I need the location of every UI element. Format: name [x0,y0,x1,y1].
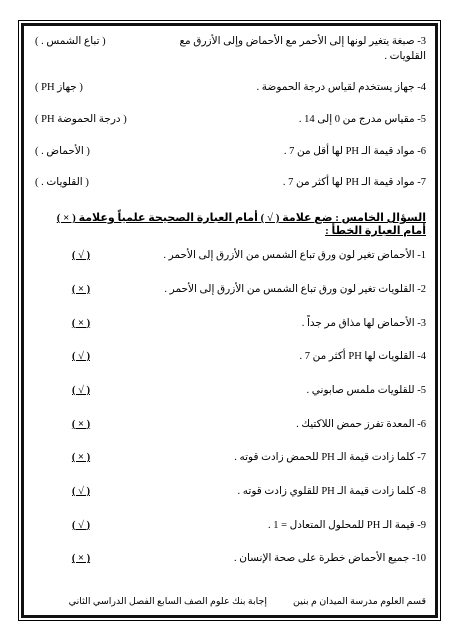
tf-item: 5- للقلويات ملمس صابوني . ( √ ) [33,384,426,399]
tf-statement: 3- الأحماض لها مذاق مر جداً . [129,317,426,332]
matching-item: 7- مواد قيمة الـ PH لها أكثر من 7 . ( ال… [33,176,426,191]
tf-mark: ( √ ) [33,519,129,534]
tf-mark: ( × ) [33,317,129,332]
footer-line: قسم العلوم مدرسة الميدان م بنين إجابة بن… [33,596,426,609]
matching-answer: ( درجة الحموضة PH ) [33,113,151,128]
tf-statement: 6- المعدة تفرز حمض اللاكتيك . [129,418,426,433]
tf-statement: 4- القلويات لها PH أكثر من 7 . [129,350,426,365]
tf-statement: 9- قيمة الـ PH للمحلول المتعادل = 1 . [129,519,426,534]
matching-item: 5- مقياس مدرج من 0 إلى 14 . ( درجة الحمو… [33,113,426,128]
tf-mark: ( √ ) [33,350,129,365]
matching-statement: 5- مقياس مدرج من 0 إلى 14 . [151,113,426,128]
tf-statement: 1- الأحماض تغير لون ورق تباع الشمس من ال… [129,249,426,264]
tf-statement: 7- كلما زادت قيمة الـ PH للحمض زادت قوته… [129,451,426,466]
tf-statement: 2- القلويات تغير لون ورق تباع الشمس من ا… [129,283,426,298]
matching-statement: 7- مواد قيمة الـ PH لها أكثر من 7 . [151,176,426,191]
tf-item: 7- كلما زادت قيمة الـ PH للحمض زادت قوته… [33,451,426,466]
matching-answer: ( جهاز PH ) [33,81,151,96]
footer-doc-title: إجابة بنك علوم الصف السابع الفصل الدراسي… [69,596,267,607]
tf-mark: ( √ ) [33,249,129,264]
tf-mark: ( √ ) [33,384,129,399]
matching-item: 4- جهاز يستخدم لقياس درجة الحموضة . ( جه… [33,81,426,96]
tf-item: 8- كلما زادت قيمة الـ PH للقلوي زادت قوت… [33,485,426,500]
page-border-outer: 3- صبغة يتغير لونها إلى الأحمر مع الأحما… [18,20,441,621]
matching-item: 6- مواد قيمة الـ PH لها أقل من 7 . ( الأ… [33,145,426,160]
tf-mark: ( × ) [33,283,129,298]
tf-item: 3- الأحماض لها مذاق مر جداً . ( × ) [33,317,426,332]
tf-mark: ( × ) [33,451,129,466]
question-five-heading: السؤال الخامس : ضع علامة ( √ ) أمام العب… [33,211,426,237]
matching-answer: ( تباع الشمس . ) [33,35,151,50]
tf-mark: ( √ ) [33,485,129,500]
worksheet-page: 3- صبغة يتغير لونها إلى الأحمر مع الأحما… [0,0,453,640]
tf-statement: 8- كلما زادت قيمة الـ PH للقلوي زادت قوت… [129,485,426,500]
tf-item: 10- جميع الأحماض خطرة على صحة الإنسان . … [33,552,426,567]
matching-answer: ( الأحماض . ) [33,145,151,160]
tf-item: 1- الأحماض تغير لون ورق تباع الشمس من ال… [33,249,426,264]
matching-statement: 6- مواد قيمة الـ PH لها أقل من 7 . [151,145,426,160]
matching-statement: 4- جهاز يستخدم لقياس درجة الحموضة . [151,81,426,96]
tf-item: 4- القلويات لها PH أكثر من 7 . ( √ ) [33,350,426,365]
tf-mark: ( × ) [33,418,129,433]
tf-statement: 5- للقلويات ملمس صابوني . [129,384,426,399]
footer-school: قسم العلوم مدرسة الميدان م بنين [293,596,426,607]
page-border-inner: 3- صبغة يتغير لونها إلى الأحمر مع الأحما… [21,23,438,618]
matching-item: 3- صبغة يتغير لونها إلى الأحمر مع الأحما… [33,35,426,64]
tf-item: 2- القلويات تغير لون ورق تباع الشمس من ا… [33,283,426,298]
tf-statement: 10- جميع الأحماض خطرة على صحة الإنسان . [129,552,426,567]
tf-item: 6- المعدة تفرز حمض اللاكتيك . ( × ) [33,418,426,433]
matching-statement: 3- صبغة يتغير لونها إلى الأحمر مع الأحما… [151,35,426,64]
tf-mark: ( × ) [33,552,129,567]
matching-answer: ( القلويات . ) [33,176,151,191]
tf-item: 9- قيمة الـ PH للمحلول المتعادل = 1 . ( … [33,519,426,534]
